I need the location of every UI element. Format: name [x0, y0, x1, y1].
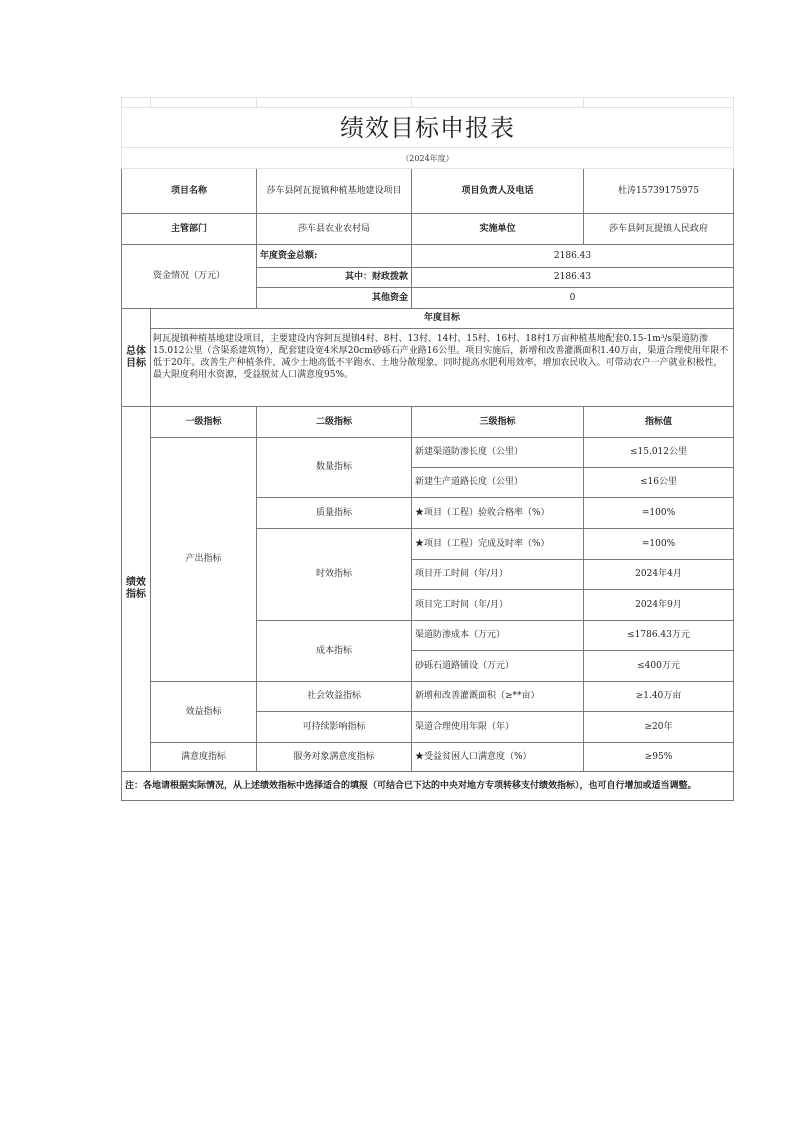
indicator-header-row: 绩效指标 一级指标 二级指标 三级指标 指标值 — [122, 407, 734, 438]
dept-value: 莎车县农业农村局 — [257, 214, 412, 245]
funds-total-label: 年度资金总额: — [257, 245, 412, 268]
level1-benefit: 效益指标 — [151, 682, 257, 743]
funds-fiscal-value: 2186.43 — [412, 268, 734, 288]
indicator-value: =100% — [584, 529, 734, 560]
level2-cost: 成本指标 — [257, 621, 412, 682]
indicator-name: 项目完工时间（年/月） — [412, 590, 584, 621]
table-row: 产出指标 数量指标 新建渠道防渗长度（公里） ≤15.012公里 — [122, 438, 734, 468]
header-level2: 二级指标 — [257, 407, 412, 438]
project-owner-label: 项目负责人及电话 — [412, 169, 584, 214]
indicator-name: ★受益贫困人口满意度（%） — [412, 743, 584, 772]
funds-other-value: 0 — [412, 288, 734, 309]
indicator-name: 渠道合理使用年限（年） — [412, 712, 584, 743]
level2-quantity: 数量指标 — [257, 438, 412, 498]
level1-output: 产出指标 — [151, 438, 257, 682]
goal-section-label: 总体目标 — [122, 309, 151, 407]
goal-header: 年度目标 — [151, 309, 734, 329]
footnote: 注：各地请根据实际情况，从上述绩效指标中选择适合的填报（可结合已下达的中央对地方… — [122, 772, 734, 801]
indicator-value: ≤15.012公里 — [584, 438, 734, 468]
impl-label: 实施单位 — [412, 214, 584, 245]
indicator-name: ★项目（工程）完成及时率（%） — [412, 529, 584, 560]
level2-timeliness: 时效指标 — [257, 529, 412, 621]
goal-text-row: 阿瓦提镇种植基地建设项目，主要建设内容阿瓦提镇4村、8村、13村、14村、15村… — [122, 329, 734, 407]
note-row: 注：各地请根据实际情况，从上述绩效指标中选择适合的填报（可结合已下达的中央对地方… — [122, 772, 734, 801]
indicator-value: ≥1.40万亩 — [584, 682, 734, 712]
indicator-name: 项目开工时间（年/月） — [412, 560, 584, 590]
header-level3: 三级指标 — [412, 407, 584, 438]
indicator-value: =100% — [584, 498, 734, 529]
table-row: 效益指标 社会效益指标 新增和改善灌溉面积（≥**亩） ≥1.40万亩 — [122, 682, 734, 712]
project-row: 项目名称 莎车县阿瓦提镇种植基地建设项目 项目负责人及电话 杜涛15739175… — [122, 169, 734, 214]
indicator-name: 新建生产道路长度（公里） — [412, 468, 584, 498]
indicator-value: 2024年9月 — [584, 590, 734, 621]
form-table: 绩效目标申报表 （2024年度） 项目名称 莎车县阿瓦提镇种植基地建设项目 项目… — [121, 97, 734, 801]
level2-sustainable: 可持续影响指标 — [257, 712, 412, 743]
indicator-section-label: 绩效指标 — [122, 407, 151, 772]
funds-other-label: 其他资金 — [257, 288, 412, 309]
indicator-value: ≤16公里 — [584, 468, 734, 498]
form-year: （2024年度） — [122, 148, 734, 169]
indicator-value: ≤400万元 — [584, 651, 734, 682]
indicator-name: 渠道防渗成本（万元） — [412, 621, 584, 651]
indicator-value: ≤1786.43万元 — [584, 621, 734, 651]
blank-row — [122, 98, 734, 108]
impl-value: 莎车县阿瓦提镇人民政府 — [584, 214, 734, 245]
form-title: 绩效目标申报表 — [122, 108, 734, 148]
project-name-value: 莎车县阿瓦提镇种植基地建设项目 — [257, 169, 412, 214]
project-owner-value: 杜涛15739175975 — [584, 169, 734, 214]
goal-header-row: 总体目标 年度目标 — [122, 309, 734, 329]
header-value: 指标值 — [584, 407, 734, 438]
indicator-name: ★项目（工程）验收合格率（%） — [412, 498, 584, 529]
dept-row: 主管部门 莎车县农业农村局 实施单位 莎车县阿瓦提镇人民政府 — [122, 214, 734, 245]
level2-service-satisfaction: 服务对象满意度指标 — [257, 743, 412, 772]
level2-quality: 质量指标 — [257, 498, 412, 529]
table-row: 满意度指标 服务对象满意度指标 ★受益贫困人口满意度（%） ≥95% — [122, 743, 734, 772]
indicator-name: 砂砾石道路铺设（万元） — [412, 651, 584, 682]
project-name-label: 项目名称 — [122, 169, 257, 214]
performance-goal-form: 绩效目标申报表 （2024年度） 项目名称 莎车县阿瓦提镇种植基地建设项目 项目… — [121, 97, 733, 801]
indicator-name: 新增和改善灌溉面积（≥**亩） — [412, 682, 584, 712]
header-level1: 一级指标 — [151, 407, 257, 438]
funds-fiscal-label: 其中：财政拨款 — [257, 268, 412, 288]
indicator-name: 新建渠道防渗长度（公里） — [412, 438, 584, 468]
level2-social: 社会效益指标 — [257, 682, 412, 712]
indicator-value: 2024年4月 — [584, 560, 734, 590]
goal-text: 阿瓦提镇种植基地建设项目，主要建设内容阿瓦提镇4村、8村、13村、14村、15村… — [151, 329, 734, 407]
indicator-value: ≥20年 — [584, 712, 734, 743]
funds-total-value: 2186.43 — [412, 245, 734, 268]
dept-label: 主管部门 — [122, 214, 257, 245]
funds-total-row: 资金情况（万元） 年度资金总额: 2186.43 — [122, 245, 734, 268]
indicator-value: ≥95% — [584, 743, 734, 772]
funds-label: 资金情况（万元） — [122, 245, 257, 309]
level1-satisfaction: 满意度指标 — [151, 743, 257, 772]
